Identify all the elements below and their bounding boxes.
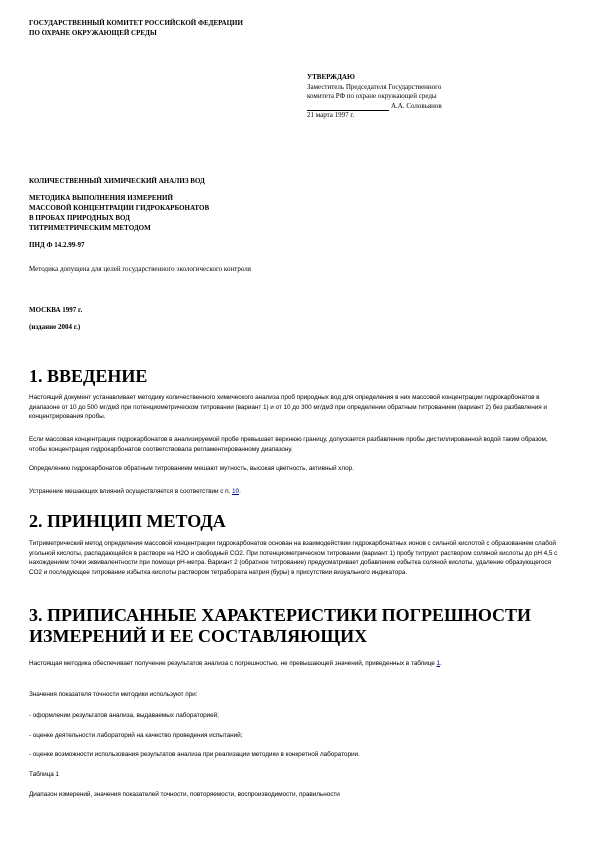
approval-position-line-2: комитета РФ по охране окружающей среды xyxy=(307,92,442,102)
doc-title-line: В ПРОБАХ ПРИРОДНЫХ ВОД xyxy=(29,213,209,223)
section-1-paragraph-4-tail: . xyxy=(239,488,241,495)
section-2-heading: 2. ПРИНЦИП МЕТОДА xyxy=(29,511,226,532)
section-1-paragraph-4: Устранение мешающих влияний осуществляет… xyxy=(29,487,565,497)
section-3-intro-tail: . xyxy=(440,660,442,667)
section-1-paragraph-4-text: Устранение мешающих влияний осуществляет… xyxy=(29,488,232,495)
section-1-paragraph-3: Определению гидрокарбонатов обратным тит… xyxy=(29,464,565,474)
section-2-paragraph-1: Титриметрический метод определения массо… xyxy=(29,539,565,577)
section-3-intro: Настоящая методика обеспечивает получени… xyxy=(29,659,565,669)
doc-title: МЕТОДИКА ВЫПОЛНЕНИЯ ИЗМЕРЕНИЙ МАССОВОЙ К… xyxy=(29,193,209,233)
section-3-usage-intro: Значения показателя точности методики ис… xyxy=(29,690,565,700)
doc-code: ПНД Ф 14.2.99-97 xyxy=(29,241,85,249)
section-3-heading: 3. ПРИПИСАННЫЕ ХАРАКТЕРИСТИКИ ПОГРЕШНОСТ… xyxy=(29,605,531,647)
table-1-label: Таблица 1 xyxy=(29,770,565,780)
approval-block: УТВЕРЖДАЮ Заместитель Председателя Госуд… xyxy=(307,73,442,121)
doc-edition: (издание 2004 г.) xyxy=(29,323,80,331)
section-3-intro-text: Настоящая методика обеспечивает получени… xyxy=(29,660,437,667)
section-3-bullet-1: - оформлении результатов анализа, выдава… xyxy=(29,711,565,721)
approval-position-line-1: Заместитель Председателя Государственног… xyxy=(307,83,442,93)
agency-header: ГОСУДАРСТВЕННЫЙ КОМИТЕТ РОССИЙСКОЙ ФЕДЕР… xyxy=(29,18,243,38)
reference-link-10[interactable]: 10 xyxy=(232,488,239,495)
section-3-bullet-2: - оценке деятельности лабораторий на кач… xyxy=(29,731,565,741)
doc-title-line: МАССОВОЙ КОНЦЕНТРАЦИИ ГИДРОКАРБОНАТОВ xyxy=(29,203,209,213)
agency-line-2: ПО ОХРАНЕ ОКРУЖАЮЩЕЙ СРЕДЫ xyxy=(29,28,243,38)
doc-title-line: ТИТРИМЕТРИЧЕСКИМ МЕТОДОМ xyxy=(29,223,209,233)
doc-category: КОЛИЧЕСТВЕННЫЙ ХИМИЧЕСКИЙ АНАЛИЗ ВОД xyxy=(29,176,205,186)
doc-title-line: МЕТОДИКА ВЫПОЛНЕНИЯ ИЗМЕРЕНИЙ xyxy=(29,193,209,203)
section-1-paragraph-2: Если массовая концентрация гидрокарбонат… xyxy=(29,435,565,454)
section-3-heading-line-1: 3. ПРИПИСАННЫЕ ХАРАКТЕРИСТИКИ ПОГРЕШНОСТ… xyxy=(29,605,531,625)
section-3-bullet-3: - оценке возможности использования резул… xyxy=(29,750,565,760)
signature-line xyxy=(307,103,389,111)
table-1-caption: Диапазон измерений, значения показателей… xyxy=(29,790,565,800)
doc-permit: Методика допущена для целей государствен… xyxy=(29,265,251,273)
approval-date: 21 марта 1997 г. xyxy=(307,111,442,121)
section-3-heading-line-2: ИЗМЕРЕНИЙ И ЕЕ СОСТАВЛЯЮЩИХ xyxy=(29,626,367,646)
section-1-paragraph-1: Настоящий документ устанавливает методик… xyxy=(29,393,565,422)
section-1-heading: 1. ВВЕДЕНИЕ xyxy=(29,366,147,387)
approval-signatory: А.А. Соловьянов xyxy=(391,102,442,110)
approval-title: УТВЕРЖДАЮ xyxy=(307,73,442,83)
approval-signature: А.А. Соловьянов xyxy=(307,102,442,112)
agency-line-1: ГОСУДАРСТВЕННЫЙ КОМИТЕТ РОССИЙСКОЙ ФЕДЕР… xyxy=(29,18,243,28)
doc-city-year: МОСКВА 1997 г. xyxy=(29,306,82,314)
